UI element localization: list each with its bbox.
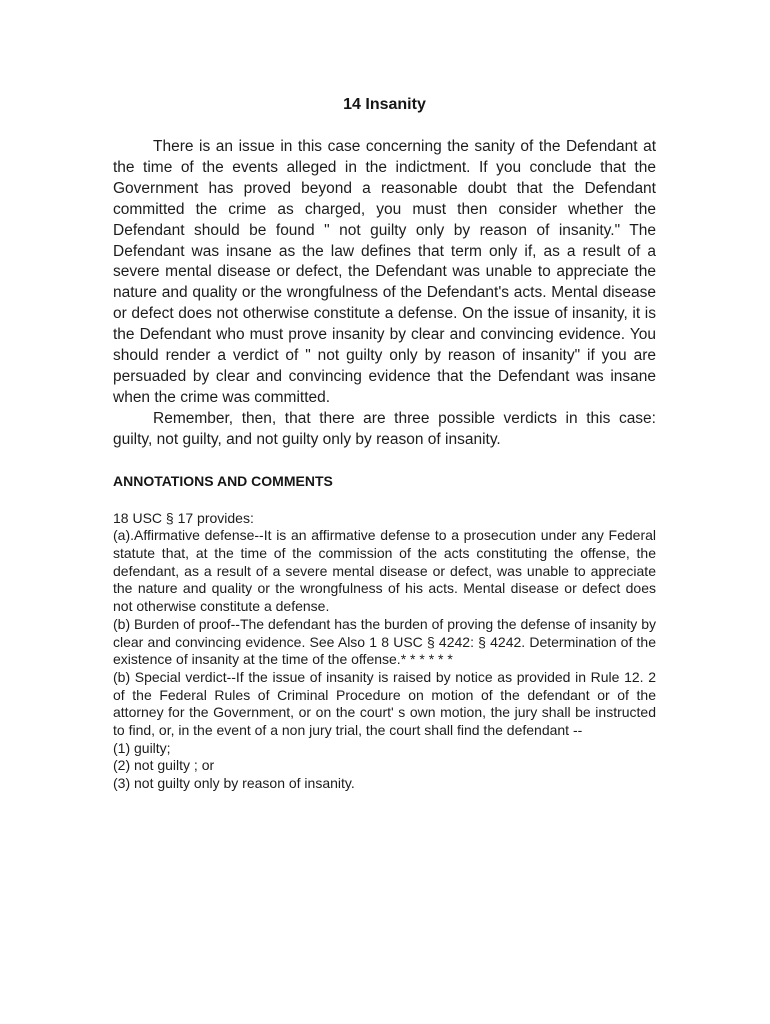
document-content: 14 Insanity There is an issue in this ca…: [113, 95, 656, 793]
verdict-option-1: (1) guilty;: [113, 740, 656, 758]
annotations-heading: ANNOTATIONS AND COMMENTS: [113, 473, 656, 490]
instruction-paragraph-1: There is an issue in this case concernin…: [113, 137, 656, 409]
statute-intro-line: 18 USC § 17 provides:: [113, 510, 656, 528]
annotation-burden-of-proof: (b) Burden of proof--The defendant has t…: [113, 616, 656, 669]
instruction-paragraph-2: Remember, then, that there are three pos…: [113, 409, 656, 451]
annotations-section: 18 USC § 17 provides: (a).Affirmative de…: [113, 510, 656, 793]
annotation-affirmative-defense: (a).Affirmative defense--It is an affirm…: [113, 527, 656, 616]
verdict-option-3: (3) not guilty only by reason of insanit…: [113, 775, 656, 793]
annotation-special-verdict: (b) Special verdict--If the issue of ins…: [113, 669, 656, 740]
document-page: 14 Insanity There is an issue in this ca…: [0, 0, 770, 1024]
verdict-option-2: (2) not guilty ; or: [113, 757, 656, 775]
page-title: 14 Insanity: [113, 95, 656, 114]
